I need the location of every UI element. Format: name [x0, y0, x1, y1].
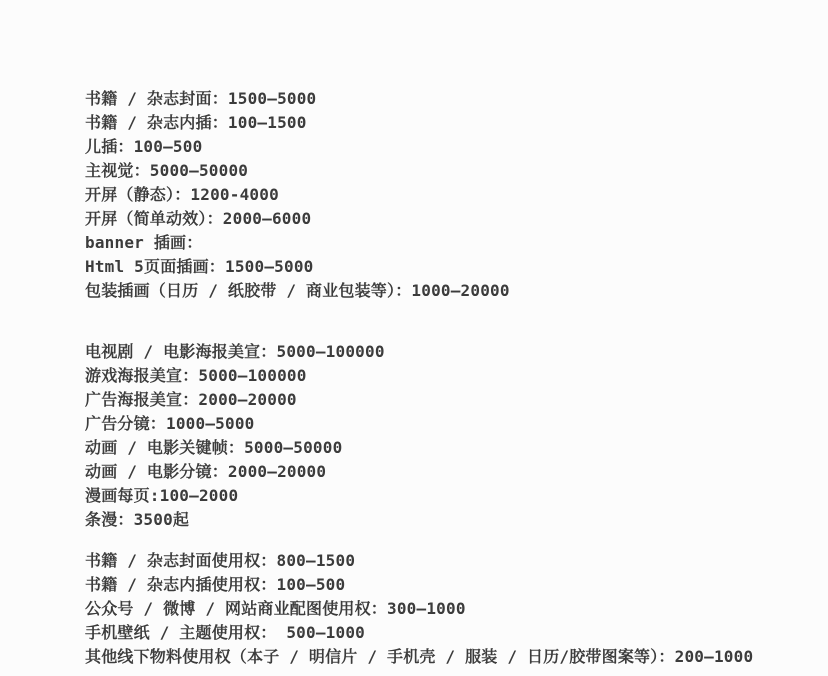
price-line: 书籍 / 杂志封面：1500—5000 [85, 87, 753, 111]
price-line: 动画 / 电影分镜：2000—20000 [85, 460, 753, 484]
price-line: 条漫：3500起 [85, 508, 753, 532]
price-line: 漫画每页:100—2000 [85, 484, 753, 508]
price-line: 书籍 / 杂志内插：100—1500 [85, 111, 753, 135]
price-section-usage-rights: 书籍 / 杂志封面使用权：800—1500 书籍 / 杂志内插使用权：100—5… [85, 549, 753, 669]
price-line: 主视觉：5000—50000 [85, 159, 753, 183]
price-line: 书籍 / 杂志封面使用权：800—1500 [85, 549, 753, 573]
price-line: 包装插画（日历 / 纸胶带 / 商业包装等）：1000—20000 [85, 279, 753, 303]
price-line: Html 5页面插画：1500—5000 [85, 255, 753, 279]
price-line: 电视剧 / 电影海报美宣：5000—100000 [85, 340, 753, 364]
price-line: 公众号 / 微博 / 网站商业配图使用权：300—1000 [85, 597, 753, 621]
price-line: 动画 / 电影关键帧：5000—50000 [85, 436, 753, 460]
price-section-illustration: 书籍 / 杂志封面：1500—5000 书籍 / 杂志内插：100—1500 儿… [85, 87, 753, 303]
price-line: 儿插：100—500 [85, 135, 753, 159]
price-line: 游戏海报美宣：5000—100000 [85, 364, 753, 388]
price-line: 开屏（简单动效）：2000—6000 [85, 207, 753, 231]
price-line: 广告分镜：1000—5000 [85, 412, 753, 436]
price-line: 书籍 / 杂志内插使用权：100—500 [85, 573, 753, 597]
price-line: 开屏（静态）：1200-4000 [85, 183, 753, 207]
price-line: 其他线下物料使用权（本子 / 明信片 / 手机壳 / 服装 / 日历/胶带图案等… [85, 645, 753, 669]
price-line: banner 插画： [85, 231, 753, 255]
price-list: 书籍 / 杂志封面：1500—5000 书籍 / 杂志内插：100—1500 儿… [85, 87, 753, 669]
price-line: 广告海报美宣：2000—20000 [85, 388, 753, 412]
price-section-poster-animation: 电视剧 / 电影海报美宣：5000—100000 游戏海报美宣：5000—100… [85, 340, 753, 532]
price-line: 手机壁纸 / 主题使用权： 500—1000 [85, 621, 753, 645]
